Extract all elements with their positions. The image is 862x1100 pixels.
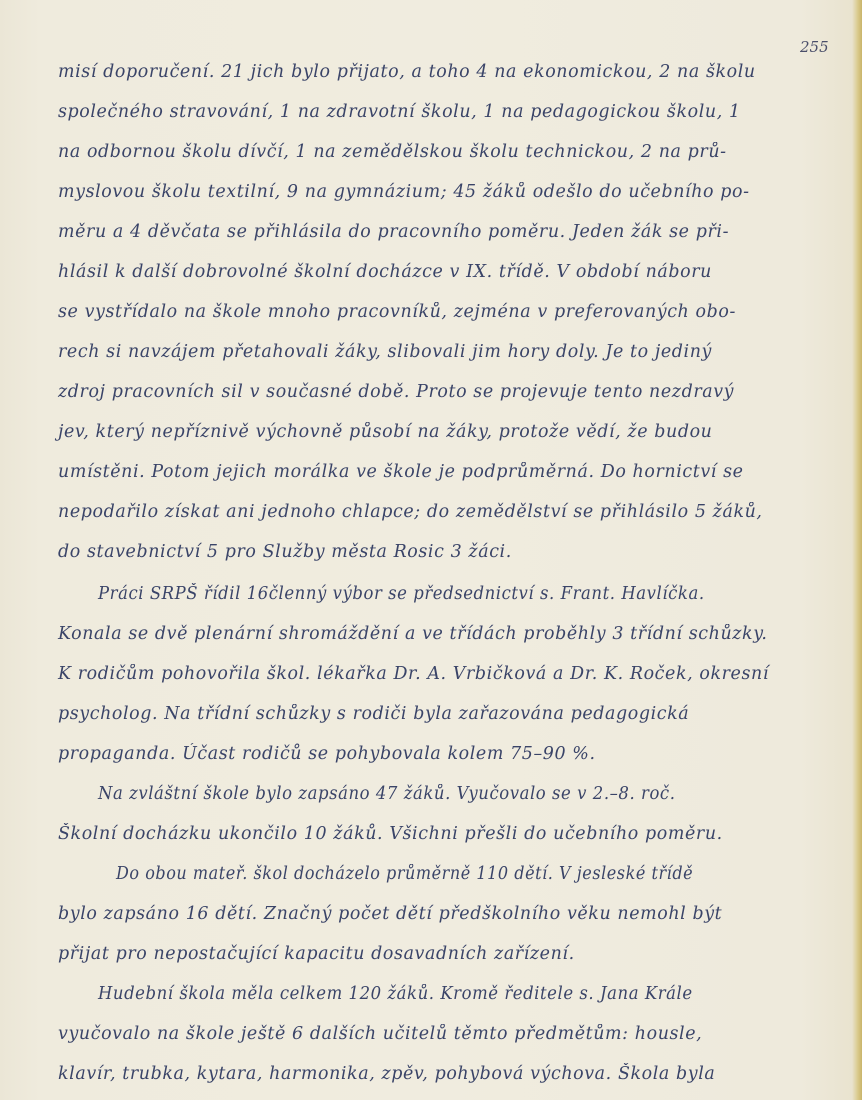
text-line: do stavebnictví 5 pro Služby města Rosic… xyxy=(58,542,775,562)
text-line: přijat pro nepostačující kapacitu dosava… xyxy=(58,944,775,964)
text-line: společného stravování, 1 na zdravotní šk… xyxy=(58,102,775,122)
text-line: Do obou mateř. škol docházelo průměrně 1… xyxy=(116,864,775,884)
text-line: K rodičům pohovořila škol. lékařka Dr. A… xyxy=(58,664,775,684)
text-line: měru a 4 děvčata se přihlásila do pracov… xyxy=(58,222,775,242)
text-line: zdroj pracovních sil v současné době. Pr… xyxy=(58,382,775,402)
text-line: jev, který nepříznivě výchovně působí na… xyxy=(58,422,775,442)
text-line: umístěni. Potom jejich morálka ve škole … xyxy=(58,462,775,482)
text-line: Hudební škola měla celkem 120 žáků. Krom… xyxy=(98,984,775,1004)
handwritten-page: 255 misí doporučení. 21 jich bylo přijat… xyxy=(0,0,862,1100)
text-line: nepodařilo získat ani jednoho chlapce; d… xyxy=(58,502,775,522)
text-line: vyučovalo na škole ještě 6 dalších učite… xyxy=(58,1024,775,1044)
text-line: rech si navzájem přetahovali žáky, slibo… xyxy=(58,342,775,362)
text-line: hlásil k další dobrovolné školní docházc… xyxy=(58,262,775,282)
text-line: misí doporučení. 21 jich bylo přijato, a… xyxy=(58,62,775,82)
text-line: Konala se dvě plenární shromáždění a ve … xyxy=(58,624,775,644)
text-line: myslovou školu textilní, 9 na gymnázium;… xyxy=(58,182,775,202)
text-line: Práci SRPŠ řídil 16členný výbor se předs… xyxy=(98,584,775,604)
text-line: se vystřídalo na škole mnoho pracovníků,… xyxy=(58,302,775,322)
text-line: Školní docházku ukončilo 10 žáků. Všichn… xyxy=(58,824,775,844)
text-line: klavír, trubka, kytara, harmonika, zpěv,… xyxy=(58,1064,775,1084)
text-line: na odbornou školu dívčí, 1 na zemědělsko… xyxy=(58,142,775,162)
text-line: bylo zapsáno 16 dětí. Značný počet dětí … xyxy=(58,904,775,924)
text-line: Na zvláštní škole bylo zapsáno 47 žáků. … xyxy=(98,784,775,804)
text-line: psycholog. Na třídní schůzky s rodiči by… xyxy=(58,704,775,724)
page-number: 255 xyxy=(800,38,829,56)
text-line: propaganda. Účast rodičů se pohybovala k… xyxy=(58,744,775,764)
